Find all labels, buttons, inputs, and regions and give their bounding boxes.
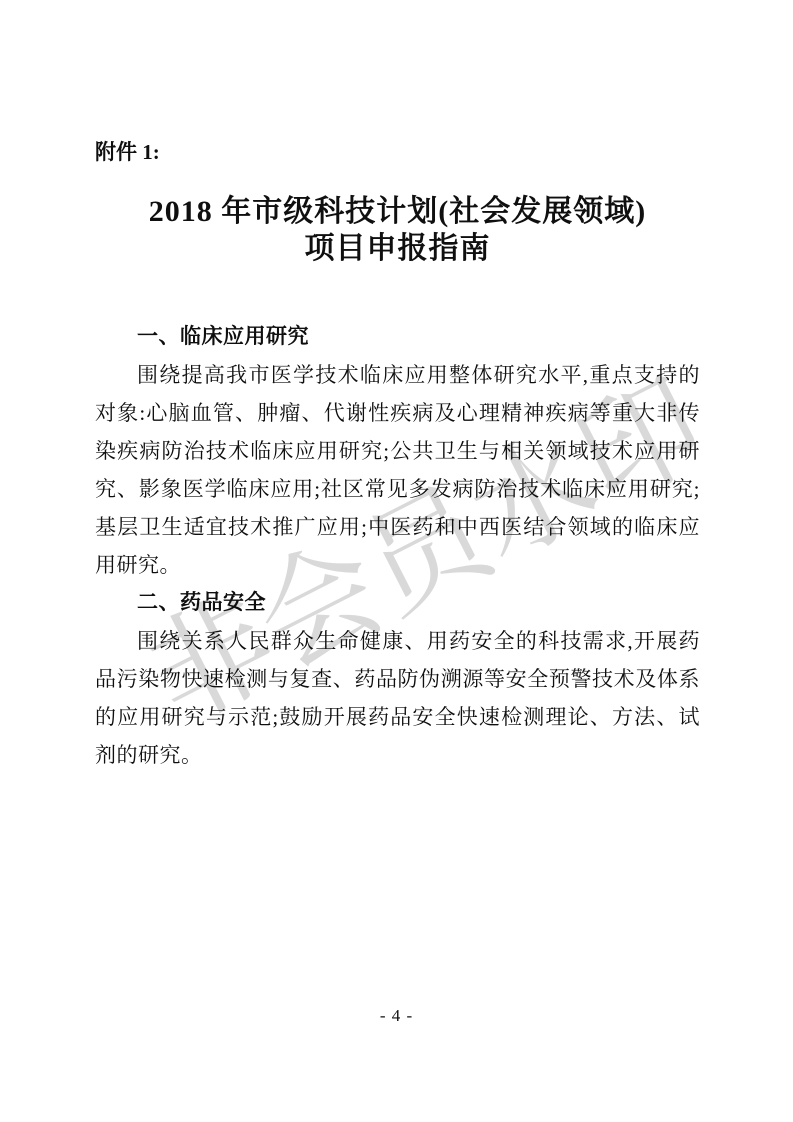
document-title-line2: 项目申报指南	[95, 230, 700, 267]
paragraph-line: 剂的研究。	[95, 736, 700, 774]
section-heading-1: 一、临床应用研究	[95, 318, 700, 356]
paragraph-line: 对象:心脑血管、肿瘤、代谢性疾病及心理精神疾病等重大非传	[95, 394, 700, 432]
document-content: 附件 1: 2018 年市级科技计划(社会发展领域) 项目申报指南 一、临床应用…	[95, 0, 700, 1122]
document-title-line1: 2018 年市级科技计划(社会发展领域)	[95, 193, 700, 230]
paragraph-line: 围绕关系人民群众生命健康、用药安全的科技需求,开展药	[95, 622, 700, 660]
document-body: 一、临床应用研究 围绕提高我市医学技术临床应用整体研究水平,重点支持的 对象:心…	[95, 318, 700, 774]
paragraph-line: 基层卫生适宜技术推广应用;中医药和中西医结合领域的临床应	[95, 508, 700, 546]
paragraph-line: 的应用研究与示范;鼓励开展药品安全快速检测理论、方法、试	[95, 698, 700, 736]
attachment-label: 附件 1:	[95, 139, 160, 165]
paragraph-line: 究、影象医学临床应用;社区常见多发病防治技术临床应用研究;	[95, 470, 700, 508]
paragraph-line: 围绕提高我市医学技术临床应用整体研究水平,重点支持的	[95, 356, 700, 394]
section-heading-2: 二、药品安全	[95, 584, 700, 622]
paragraph-line: 用研究。	[95, 546, 700, 584]
document-page: 非会员水印 附件 1: 2018 年市级科技计划(社会发展领域) 项目申报指南 …	[0, 0, 793, 1122]
paragraph-line: 染疾病防治技术临床应用研究;公共卫生与相关领域技术应用研	[95, 432, 700, 470]
document-title: 2018 年市级科技计划(社会发展领域) 项目申报指南	[95, 193, 700, 267]
paragraph-line: 品污染物快速检测与复查、药品防伪溯源等安全预警技术及体系	[95, 660, 700, 698]
